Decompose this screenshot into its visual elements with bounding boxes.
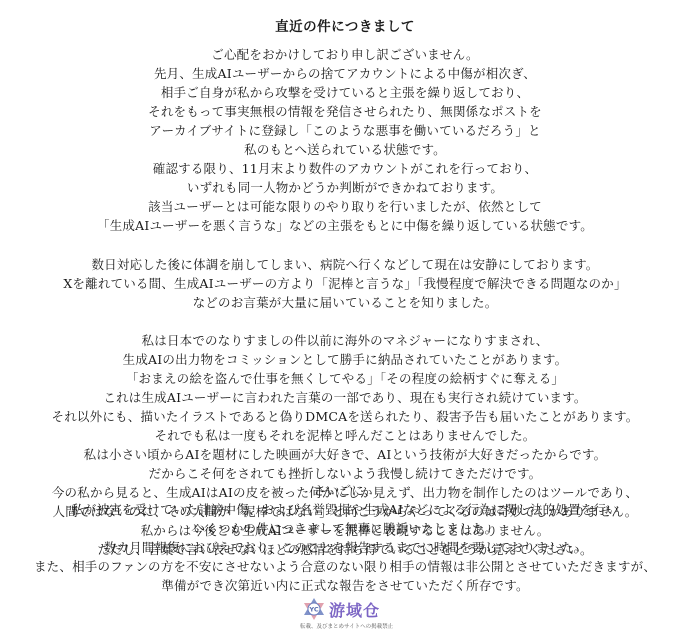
text-line: 「生成AIユーザーを悪く言うな」などの主張をもとに中傷を繰り返している状態です。 <box>0 217 690 234</box>
watermark-logo: YC 游域仓 転載、及びまとめサイトへの掲載禁止 <box>303 597 413 643</box>
document-title: 直近の件につきまして <box>0 17 690 37</box>
text-line: アーカイブサイトに登録し「このような悪事を働いているだろう」と <box>0 122 690 139</box>
watermark-notice: 転載、及びまとめサイトへの掲載禁止 <box>300 622 413 630</box>
text-line: 準備ができ次第近い内に正式な報告をさせていただく所存です。 <box>0 577 690 594</box>
text-line: それでも私は一度もそれを泥棒と呼んだことはありませんでした。 <box>0 427 690 444</box>
text-line: 先月、生成AIユーザーからの捨てアカウントによる中傷が相次ぎ、 <box>0 65 690 82</box>
text-line: また、相手のファンの方を不安にさせないよう合意のない限り相手の情報は非公開とさせ… <box>0 558 690 575</box>
text-line: ご心配をおかけしており申し訳ございません。 <box>0 46 690 63</box>
text-line: 私は小さい頃からAIを題材にした映画が大好きで、AIという技術が大好きだったから… <box>0 446 690 463</box>
text-line: 該当ユーザーとは可能な限りのやり取りを行いましたが、依然として <box>0 198 690 215</box>
svg-text:YC: YC <box>308 606 318 614</box>
text-line: 私は日本でのなりすましの件以前に海外のマネジャーになりすまされ、 <box>0 332 690 349</box>
text-line: 私のもとへ送られている状態です。 <box>0 141 690 158</box>
text-line: いずれも同一人物かどうか判断ができかねております。 <box>0 179 690 196</box>
text-line: 「おまえの絵を盗んで仕事を無くしてやる」「その程度の絵柄すぐに奪える」 <box>0 370 690 387</box>
text-line: それ以外にも、描いたイラストであると偽りDMCAを送られたり、殺害予告も届いたこ… <box>0 408 690 425</box>
text-line: これは生成AIユーザーに言われた言葉の一部であり、現在も実行され続けています。 <box>0 389 690 406</box>
text-line: 生成AIの出力物をコミッションとして勝手に納品されていたことがあります。 <box>0 351 690 368</box>
text-line: Xを離れている間、生成AIユーザーの方より「泥棒と言うな」「我慢程度で解決できる… <box>0 275 690 292</box>
text-line: だからこそ何をされても挫折しないよう我慢し続けてきただけです。 <box>0 465 690 482</box>
text-line: などのお言葉が大量に届いていることを知りました。 <box>0 294 690 311</box>
watermark-brand: 游域仓 <box>329 598 380 621</box>
text-line: 確認する限り、11月末より数件のアカウントがこれを行っており、 <box>0 160 690 177</box>
text-line: 私が被害を受けていた誹謗中傷、および名誉毀損や生成AIなどによる行為に関し法的処… <box>0 501 690 518</box>
text-line: いくつかの件につきまして無事に勝訴いたしました。 <box>0 520 690 537</box>
text-line: 相手ご自身が私から攻撃を受けていると主張を繰り返しており、 <box>0 84 690 101</box>
star-of-david-logo-icon: YC <box>303 597 325 621</box>
text-line: それをもって事実無根の情報を発信させられたり、無関係なポストを <box>0 103 690 120</box>
text-line: 数カ月間報復におびえており、このことを報告するまでに時間を要しておりました。 <box>0 539 690 556</box>
text-line: さいごに、 <box>0 482 690 499</box>
text-line: 数日対応した後に体調を崩してしまい、病院へ行くなどして現在は安静にしております。 <box>0 256 690 273</box>
